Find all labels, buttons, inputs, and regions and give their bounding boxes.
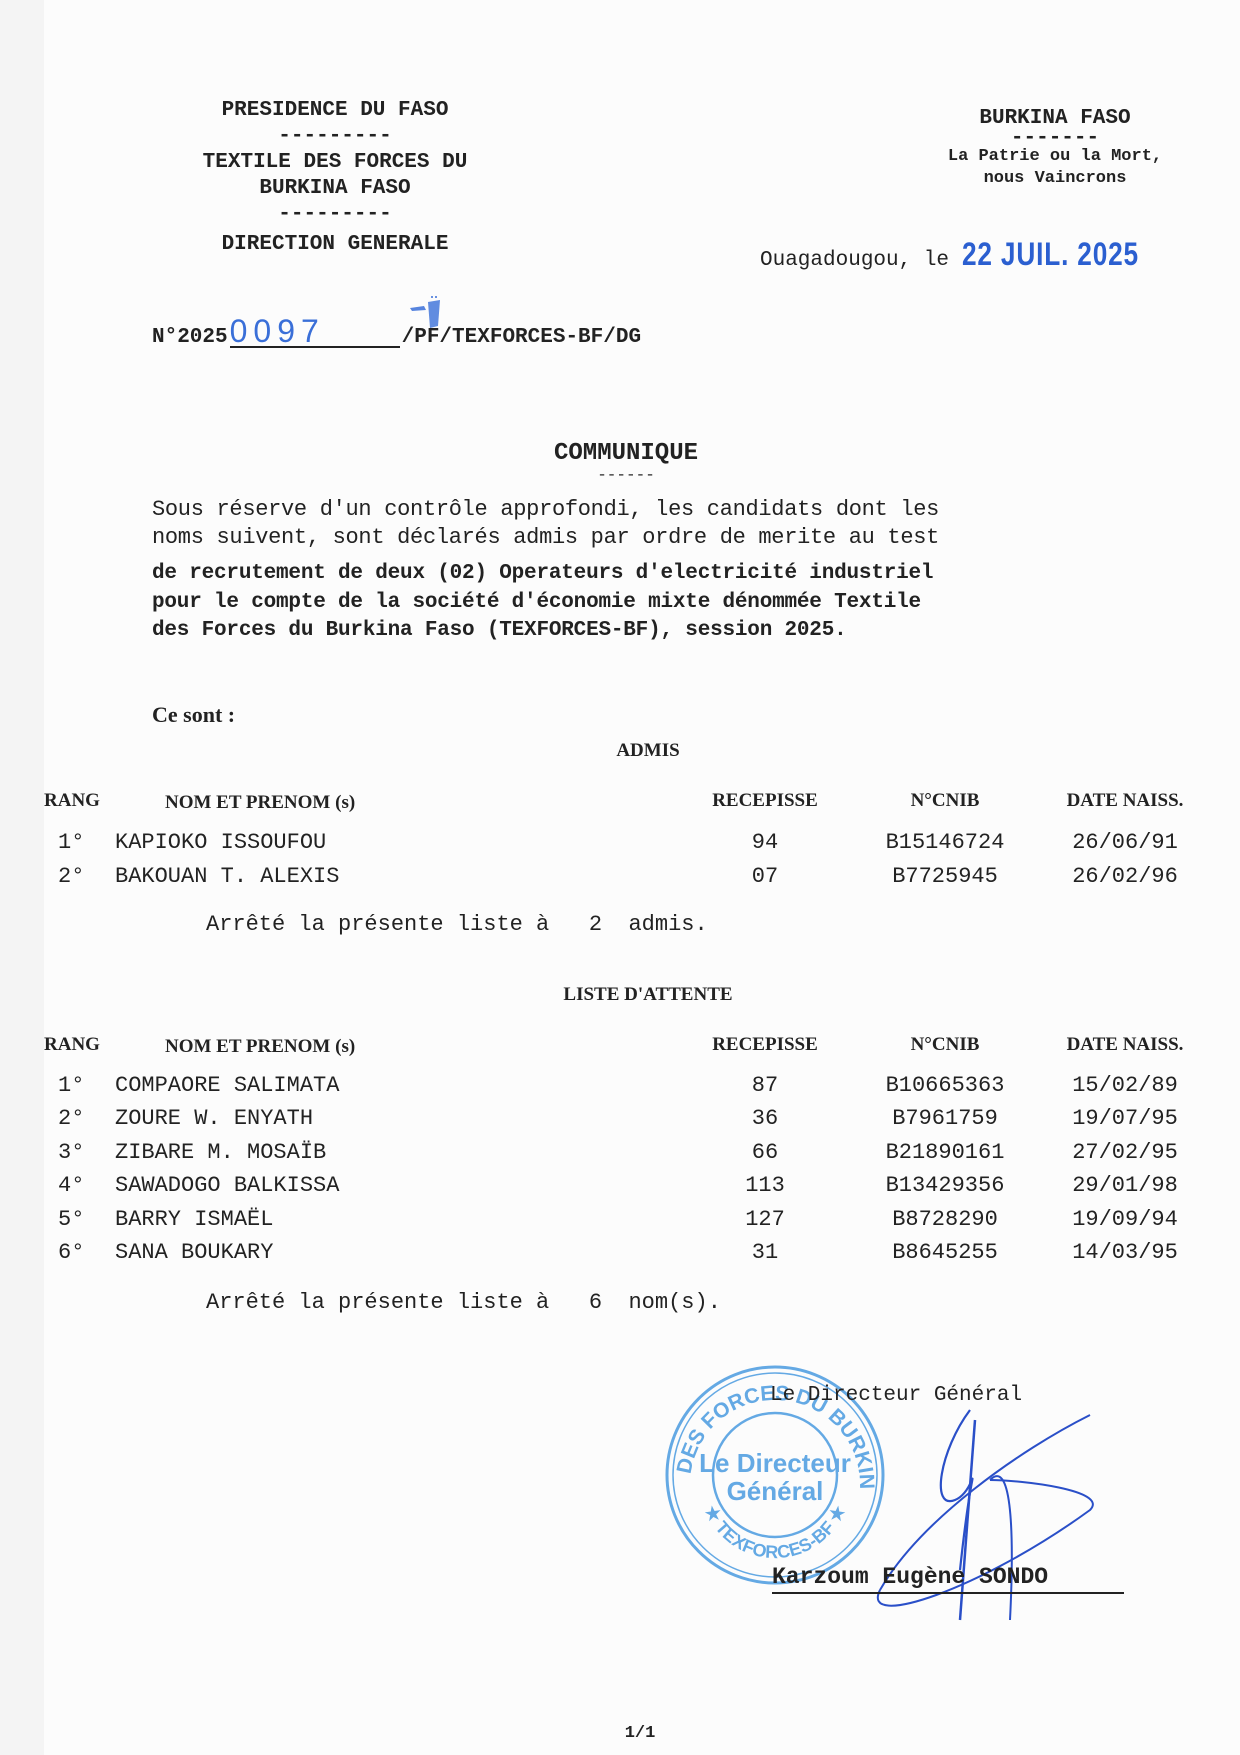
intro-bold-line: de recrutement de deux (02) Operateurs d… [152,560,1142,589]
closing-text: Arrêté la présente liste à [206,912,549,937]
col-cnib: N°CNIB [860,790,1030,812]
recepisse-cell: 66 [700,1140,830,1165]
name-cell: BARRY ISMAËL [115,1207,273,1232]
attente-count: 6 [589,1290,602,1315]
birthdate-cell: 29/01/98 [1050,1173,1200,1198]
rank-cell: 3° [58,1140,108,1165]
recepisse-cell: 113 [700,1173,830,1198]
intro-bold-paragraph: de recrutement de deux (02) Operateurs d… [152,560,1142,646]
col-date: DATE NAISS. [1050,1034,1200,1056]
cnib-cell: B8728290 [860,1207,1030,1232]
birthdate-cell: 19/09/94 [1050,1207,1200,1232]
closing-suffix: admis. [628,912,707,937]
col-cnib: N°CNIB [860,1034,1030,1056]
reference-prefix: N°2025 [152,326,228,349]
birthdate-cell: 26/02/96 [1050,864,1200,889]
attente-title: LISTE D'ATTENTE [0,984,1196,1006]
rank-cell: 1° [58,1073,108,1098]
admis-title: ADMIS [0,740,1196,762]
separator: ------- [905,132,1205,146]
rank-cell: 4° [58,1173,108,1198]
issuer-header: PRESIDENCE DU FASO --------- TEXTILE DES… [160,98,510,258]
birthdate-cell: 27/02/95 [1050,1140,1200,1165]
page-number: 1/1 [20,1724,1240,1743]
svg-text:Général: Général [727,1476,824,1506]
handwritten-signature-icon [860,1390,1110,1640]
recepisse-cell: 127 [700,1207,830,1232]
col-rang: RANG [44,1034,104,1056]
intro-bold-line: pour le compte de la société d'économie … [152,589,1142,618]
place-label: Ouagadougou, le [760,249,949,272]
country-header: BURKINA FASO ------- La Patrie ou la Mor… [905,106,1205,190]
intro-line: noms suivent, sont déclarés admis par or… [152,524,1112,552]
rank-cell: 2° [58,1106,108,1131]
cnib-cell: B7725945 [860,864,1030,889]
name-cell: SANA BOUKARY [115,1240,273,1265]
cnib-cell: B8645255 [860,1240,1030,1265]
recepisse-cell: 94 [700,830,830,855]
reference-stamp-number: 0097 [230,316,400,348]
col-nom: NOM ET PRENOM (s) [165,792,355,814]
org-name-line1: TEXTILE DES FORCES DU [160,150,510,176]
rank-cell: 2° [58,864,108,889]
recepisse-cell: 87 [700,1073,830,1098]
document-title: COMMUNIQUE [0,440,1196,467]
motto-line2: nous Vaincrons [905,168,1205,190]
ce-sont-label: Ce sont : [152,702,235,728]
svg-text:Le Directeur: Le Directeur [699,1448,851,1478]
cnib-cell: B13429356 [860,1173,1030,1198]
cnib-cell: B7961759 [860,1106,1030,1131]
name-cell: COMPAORE SALIMATA [115,1073,339,1098]
name-cell: SAWADOGO BALKISSA [115,1173,339,1198]
col-recepisse: RECEPISSE [700,790,830,812]
separator: --------- [160,124,510,150]
direction-line: DIRECTION GENERALE [160,232,510,258]
date-stamp: 22 JUIL. 2025 [962,236,1139,273]
closing-suffix: nom(s). [628,1290,720,1315]
separator: --------- [160,202,510,228]
rank-cell: 5° [58,1207,108,1232]
col-nom: NOM ET PRENOM (s) [165,1036,355,1058]
recepisse-cell: 36 [700,1106,830,1131]
cnib-cell: B15146724 [860,830,1030,855]
birthdate-cell: 15/02/89 [1050,1073,1200,1098]
motto-line1: La Patrie ou la Mort, [905,146,1205,168]
col-date: DATE NAISS. [1050,790,1200,812]
cnib-cell: B10665363 [860,1073,1030,1098]
ink-stamp-mark [410,296,442,330]
intro-line: Sous réserve d'un contrôle approfondi, l… [152,496,1112,524]
intro-bold-line: des Forces du Burkina Faso (TEXFORCES-BF… [152,617,1142,646]
recepisse-cell: 31 [700,1240,830,1265]
intro-paragraph: Sous réserve d'un contrôle approfondi, l… [152,496,1112,552]
closing-text: Arrêté la présente liste à [206,1290,549,1315]
admis-count: 2 [589,912,602,937]
recepisse-cell: 07 [700,864,830,889]
signatory-name: Karzoum Eugène SONDO [772,1564,1124,1594]
cnib-cell: B21890161 [860,1140,1030,1165]
birthdate-cell: 26/06/91 [1050,830,1200,855]
admis-closing: Arrêté la présente liste à 2 admis. [206,912,708,937]
col-recepisse: RECEPISSE [700,1034,830,1056]
rank-cell: 1° [58,830,108,855]
name-cell: BAKOUAN T. ALEXIS [115,864,339,889]
place-date: Ouagadougou, le 22 JUIL. 2025 [760,236,1177,273]
col-rang: RANG [44,790,104,812]
name-cell: ZOURE W. ENYATH [115,1106,313,1131]
reference-number: N°2025 0097 /PF/TEXFORCES-BF/DG [152,316,641,349]
title-underline: ------ [0,466,1196,484]
name-cell: ZIBARE M. MOSAÏB [115,1140,326,1165]
name-cell: KAPIOKO ISSOUFOU [115,830,326,855]
rank-cell: 6° [58,1240,108,1265]
birthdate-cell: 14/03/95 [1050,1240,1200,1265]
presidence-line: PRESIDENCE DU FASO [160,98,510,124]
attente-closing: Arrêté la présente liste à 6 nom(s). [206,1290,721,1315]
birthdate-cell: 19/07/95 [1050,1106,1200,1131]
org-name-line2: BURKINA FASO [160,176,510,202]
